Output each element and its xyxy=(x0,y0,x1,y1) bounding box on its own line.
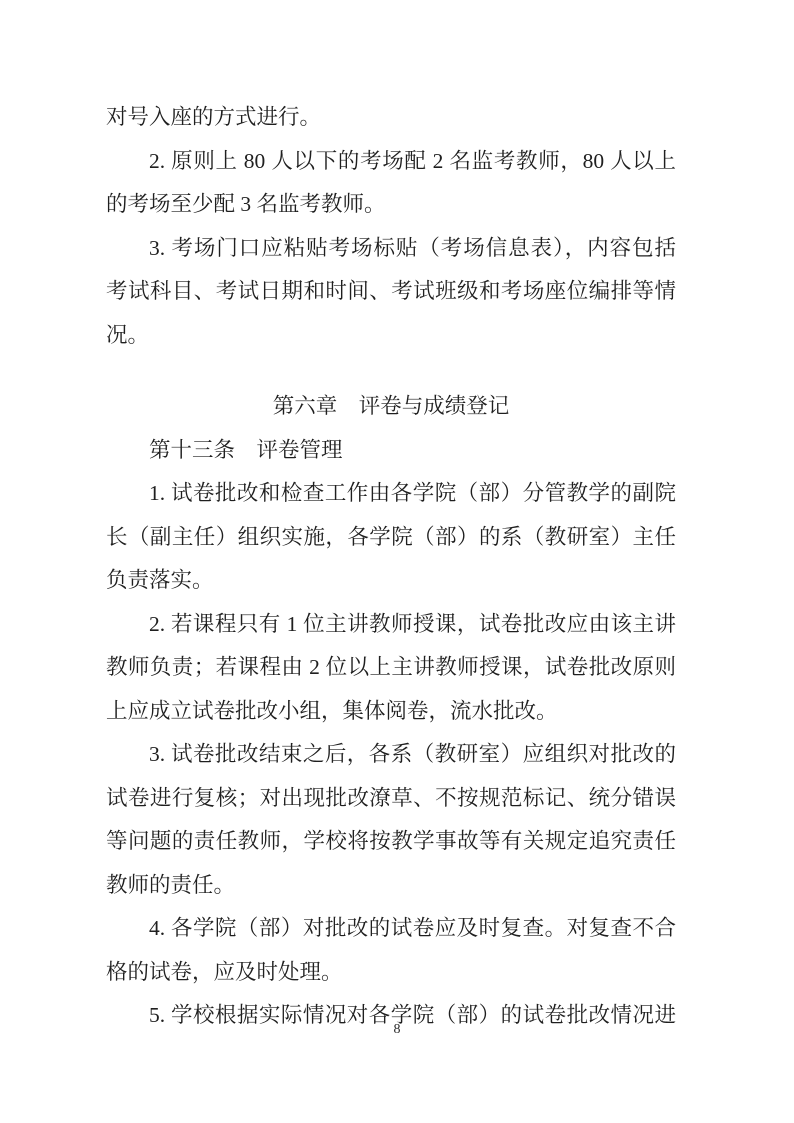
text-line: 4. 各学院（部）对批改的试卷应及时复查。对复查不合 xyxy=(106,907,676,951)
page-number: 8 xyxy=(0,1020,794,1040)
text-line: 第十三条 评卷管理 xyxy=(106,429,676,473)
text-line: 1. 试卷批改和检查工作由各学院（部）分管教学的副院 xyxy=(106,472,676,516)
paragraph: 2. 原则上 80 人以下的考场配 2 名监考教师，80 人以上的考场至少配 3… xyxy=(106,140,676,227)
paragraph: 4. 各学院（部）对批改的试卷应及时复查。对复查不合格的试卷，应及时处理。 xyxy=(106,907,676,994)
text-line: 3. 考场门口应粘贴考场标贴（考场信息表），内容包括 xyxy=(106,227,676,271)
paragraph: 1. 试卷批改和检查工作由各学院（部）分管教学的副院长（副主任）组织实施，各学院… xyxy=(106,472,676,603)
chapter-heading: 第六章 评卷与成绩登记 xyxy=(106,385,676,429)
text-line: 3. 试卷批改结束之后，各系（教研室）应组织对批改的 xyxy=(106,733,676,777)
text-line: 的考场至少配 3 名监考教师。 xyxy=(106,183,676,227)
text-line: 况。 xyxy=(106,314,676,358)
text-line: 等问题的责任教师，学校将按教学事故等有关规定追究责任 xyxy=(106,820,676,864)
text-line: 教师的责任。 xyxy=(106,864,676,908)
text-line: 格的试卷，应及时处理。 xyxy=(106,951,676,995)
text-line: 试卷进行复核；对出现批改潦草、不按规范标记、统分错误 xyxy=(106,777,676,821)
text-line: 长（副主任）组织实施，各学院（部）的系（教研室）主任 xyxy=(106,516,676,560)
text-line: 2. 原则上 80 人以下的考场配 2 名监考教师，80 人以上 xyxy=(106,140,676,184)
text-line: 考试科目、考试日期和时间、考试班级和考场座位编排等情 xyxy=(106,270,676,314)
paragraph: 3. 试卷批改结束之后，各系（教研室）应组织对批改的试卷进行复核；对出现批改潦草… xyxy=(106,733,676,907)
text-line: 上应成立试卷批改小组，集体阅卷，流水批改。 xyxy=(106,690,676,734)
article-heading: 第十三条 评卷管理 xyxy=(106,429,676,473)
document-body: 对号入座的方式进行。2. 原则上 80 人以下的考场配 2 名监考教师，80 人… xyxy=(106,96,676,1038)
text-line: 负责落实。 xyxy=(106,559,676,603)
text-line: 2. 若课程只有 1 位主讲教师授课，试卷批改应由该主讲 xyxy=(106,603,676,647)
text-line: 对号入座的方式进行。 xyxy=(106,96,676,140)
paragraph: 3. 考场门口应粘贴考场标贴（考场信息表），内容包括考试科目、考试日期和时间、考… xyxy=(106,227,676,358)
text-line: 教师负责；若课程由 2 位以上主讲教师授课，试卷批改原则 xyxy=(106,646,676,690)
document-page: 对号入座的方式进行。2. 原则上 80 人以下的考场配 2 名监考教师，80 人… xyxy=(0,0,794,1123)
text-line: 第六章 评卷与成绩登记 xyxy=(106,385,676,429)
paragraph: 2. 若课程只有 1 位主讲教师授课，试卷批改应由该主讲教师负责；若课程由 2 … xyxy=(106,603,676,734)
paragraph: 对号入座的方式进行。 xyxy=(106,96,676,140)
